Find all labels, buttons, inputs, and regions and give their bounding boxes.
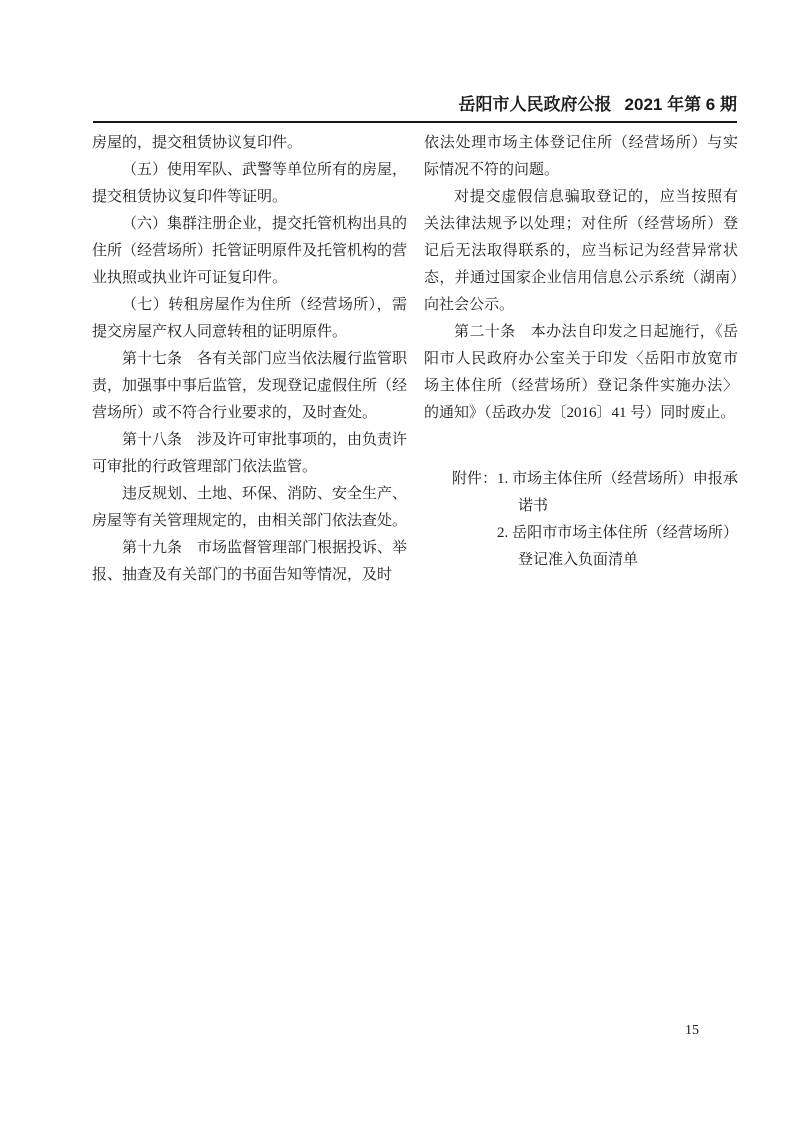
paragraph-false-info: 对提交虚假信息骗取登记的，应当按照有关法律法规予以处理；对住所（经营场所）登记后… [424, 184, 738, 319]
attachment-items: 1. 市场主体住所（经营场所）申报承诺书 2. 岳阳市市场主体住所（经营场所）登… [497, 466, 738, 574]
paragraph-item-5: （五）使用军队、武警等单位所有的房屋，提交租赁协议复印件等证明。 [92, 157, 407, 211]
paragraph-article-20: 第二十条 本办法自印发之日起施行，《岳阳市人民政府办公室关于印发〈岳阳市放宽市场… [424, 319, 738, 427]
two-column-body: 房屋的，提交租赁协议复印件。 （五）使用军队、武警等单位所有的房屋，提交租赁协议… [92, 130, 738, 589]
left-column: 房屋的，提交租赁协议复印件。 （五）使用军队、武警等单位所有的房屋，提交租赁协议… [92, 130, 407, 589]
paragraph-item-6: （六）集群注册企业，提交托管机构出具的住所（经营场所）托管证明原件及托管机构的营… [92, 211, 407, 292]
paragraph-violations: 违反规划、土地、环保、消防、安全生产、房屋等有关管理规定的，由相关部门依法查处。 [92, 481, 407, 535]
attachment-item-1: 1. 市场主体住所（经营场所）申报承诺书 [497, 466, 738, 520]
attachment-label: 附件： [452, 466, 497, 574]
page-number: 15 [678, 1022, 706, 1040]
gazette-issue: 2021 年第 6 期 [625, 95, 737, 114]
gazette-title: 岳阳市人民政府公报 [459, 95, 612, 114]
paragraph-article-17: 第十七条 各有关部门应当依法履行监管职责，加强事中事后监管，发现登记虚假住所（经… [92, 346, 407, 427]
attachment-item-2: 2. 岳阳市市场主体住所（经营场所）登记准入负面清单 [497, 520, 738, 574]
gazette-header: 岳阳市人民政府公报2021 年第 6 期 [93, 94, 737, 123]
attachment-list: 附件： 1. 市场主体住所（经营场所）申报承诺书 2. 岳阳市市场主体住所（经营… [424, 466, 738, 574]
paragraph-article-18: 第十八条 涉及许可审批事项的，由负责许可审批的行政管理部门依法监管。 [92, 427, 407, 481]
right-column: 依法处理市场主体登记住所（经营场所）与实际情况不符的问题。 对提交虚假信息骗取登… [424, 130, 738, 589]
paragraph-article-19: 第十九条 市场监督管理部门根据投诉、举报、抽查及有关部门的书面告知等情况，及时 [92, 535, 407, 589]
document-page: 岳阳市人民政府公报2021 年第 6 期 房屋的，提交租赁协议复印件。 （五）使… [0, 0, 793, 1122]
paragraph-item-7: （七）转租房屋作为住所（经营场所），需提交房屋产权人同意转租的证明原件。 [92, 292, 407, 346]
paragraph-continuation: 依法处理市场主体登记住所（经营场所）与实际情况不符的问题。 [424, 130, 738, 184]
paragraph-continuation: 房屋的，提交租赁协议复印件。 [92, 130, 407, 157]
